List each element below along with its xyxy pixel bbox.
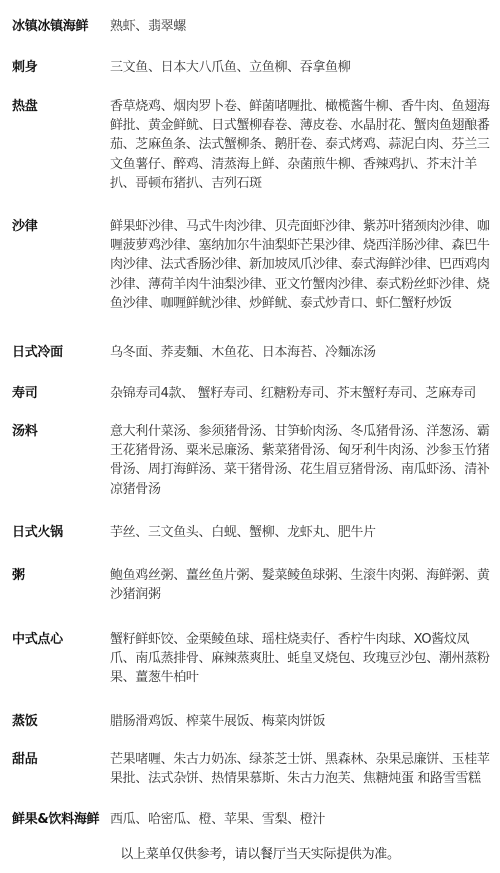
category-label: 粥 <box>12 566 112 585</box>
category-label: 中式点心 <box>12 630 112 649</box>
category-items: 芒果啫喱、朱古力奶冻、绿茶芝士饼、黑森林、杂果忌廉饼、玉桂苹果批、法式杂饼、热情… <box>110 750 490 788</box>
category-items: 蟹籽鲜虾饺、金栗鲮鱼球、瑶柱烧卖仔、香柠牛肉球、XO酱炆凤爪、南瓜蒸排骨、麻辣蒸… <box>110 630 490 688</box>
category-label: 汤料 <box>12 422 112 441</box>
category-items: 三文鱼、日本大八爪鱼、立鱼柳、吞拿鱼柳 <box>110 58 490 77</box>
category-label: 冰镇冰镇海鲜 <box>12 17 112 36</box>
category-items: 西瓜、哈密瓜、橙、苹果、雪梨、橙汁 <box>110 810 490 829</box>
category-items: 腊肠滑鸡饭、榨菜牛展饭、梅菜肉饼饭 <box>110 712 490 731</box>
category-items: 鲍鱼鸡丝粥、薑丝鱼片粥、髮菜鲮鱼球粥、生滚牛肉粥、海鲜粥、黄沙猪润粥 <box>110 566 490 604</box>
category-items: 乌冬面、荞麦麵、木鱼花、日本海苔、冷麵冻汤 <box>110 343 490 362</box>
category-items: 鲜果虾沙律、马式牛肉沙律、贝壳面虾沙律、紫苏叶猪颈肉沙律、咖喱菠萝鸡沙律、塞纳加… <box>110 217 490 313</box>
category-label: 甜品 <box>12 750 112 769</box>
category-items: 杂锦寿司4款、 蟹籽寿司、红糖粉寿司、芥末蟹籽寿司、芝麻寿司 <box>110 384 490 403</box>
category-label: 鲜果&饮料海鲜 <box>12 810 112 829</box>
category-label: 热盘 <box>12 97 112 116</box>
category-label: 沙律 <box>12 217 112 236</box>
category-items: 芋丝、三文鱼头、白蚬、蟹柳、龙虾丸、肥牛片 <box>110 523 490 542</box>
category-label: 日式火锅 <box>12 523 112 542</box>
category-items: 熟虾、翡翠螺 <box>110 17 490 36</box>
category-label: 刺身 <box>12 58 112 77</box>
category-items: 意大利什菜汤、参须猪骨汤、甘笋蚧肉汤、冬瓜猪骨汤、洋葱汤、霸王花猪骨汤、粟米忌廉… <box>110 422 490 499</box>
category-items: 香草烧鸡、烟肉罗卜卷、鲜菌啫喱批、橄榄酱牛柳、香牛肉、鱼翅海鲜批、黄金鲜鱿、日式… <box>110 97 490 193</box>
category-label: 寿司 <box>12 384 112 403</box>
menu-disclaimer: 以上菜单仅供参考，请以餐厅当天实际提供为准。 <box>0 843 500 862</box>
category-label: 蒸饭 <box>12 712 112 731</box>
category-label: 日式冷面 <box>12 343 112 362</box>
